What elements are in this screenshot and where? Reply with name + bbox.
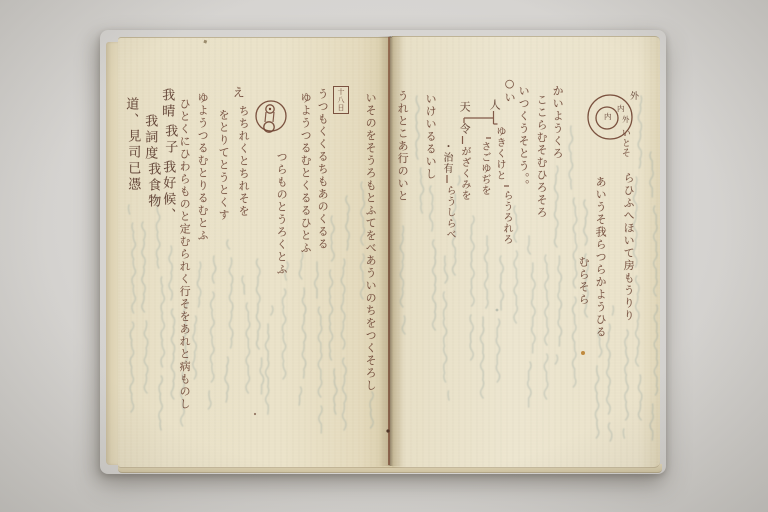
word-entry: 我晴: [159, 88, 173, 120]
circle-note: いとそ: [619, 128, 629, 158]
word-entry: 道、: [123, 97, 137, 129]
word-entry: 見司已憑: [125, 129, 139, 193]
word-entry: 我子: [162, 124, 176, 156]
word-entry: 我好候、: [160, 160, 174, 224]
diagram-annotation: ゆきくけと: [494, 126, 505, 181]
text-column: うれとこあ行のいと: [396, 90, 408, 203]
text-column: ゆようつるむとりるむとふ: [196, 92, 208, 242]
photo-background: いそのをそうろもとふてをべあういのちをつくそろし 十八日 うつもくくるちもあのく…: [0, 0, 768, 512]
text-column: むらそら: [577, 256, 589, 306]
word-entry: 我食物: [145, 162, 159, 210]
date-label: 十八日: [333, 86, 349, 114]
text-column: ひとくにひわらものと定むられく行そをあれと病ものし: [178, 98, 190, 411]
text-column: ここらむそむひろそろ: [535, 94, 547, 219]
diagram-term-person: 人: [488, 99, 500, 111]
word-entry: 我詞度: [142, 114, 156, 162]
diagram-annotation: らうしらべ: [444, 185, 455, 240]
text-column: え: [231, 86, 244, 100]
circle-label-outer: 外: [630, 93, 639, 102]
text-column: うつもくくるちもあのくるる: [316, 88, 328, 251]
diagram-term-heaven: 天: [458, 101, 470, 113]
text-column: いそのをそうろもとふてをべあういのちをつくそろし: [364, 92, 376, 392]
circle-label-ring-bottom: 外: [622, 116, 630, 124]
circle-label-center: 内: [604, 113, 612, 121]
text-column: をとりてとうとくす: [217, 109, 229, 222]
diagram-annotation: がざくみを: [459, 146, 470, 201]
diagram-annotation: さごゆぢを: [479, 141, 490, 196]
diagram-term-order: 令: [458, 123, 470, 135]
text-column: つらものとうろくとふ: [275, 151, 287, 276]
text-column: いけいるるいし: [424, 93, 436, 181]
text-column: いつくうそとう。。: [517, 85, 529, 192]
text-column: かいようくろ: [551, 85, 563, 160]
diagram-term-rule: ・治有: [441, 141, 452, 174]
text-column: ゆようつるむとくるるひとふ: [299, 92, 311, 255]
gutter-stitch-line: [388, 37, 390, 465]
text-column: らひふへほいて房もうりり: [622, 172, 634, 322]
diagram-annotation: らうろれろ: [501, 190, 512, 245]
text-column: ちちれくとちれそを: [237, 105, 249, 218]
diagram-head: ○い: [503, 77, 515, 104]
text-column: あいうそ我らつらかようひる: [594, 176, 606, 339]
circle-label-ring-top: 内: [617, 105, 625, 113]
